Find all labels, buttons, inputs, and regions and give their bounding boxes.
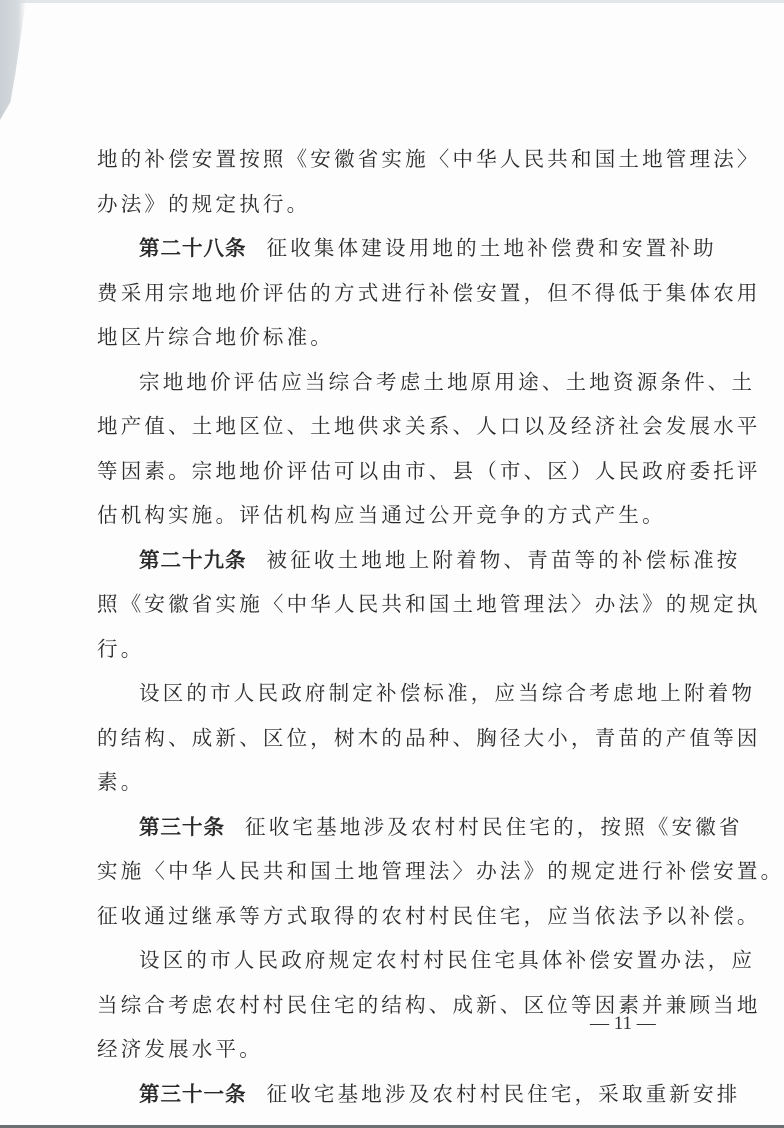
article-number: 第二十九条 [139,548,247,572]
article-number: 第二十八条 [139,236,247,260]
text-line: 宗地地价评估应当综合考虑土地原用途、土地资源条件、土 [97,360,693,405]
document-body: 地的补偿安置按照《安徽省实施〈中华人民共和国土地管理法〉 办法》的规定执行。 第… [97,137,693,1116]
text-line: 地区片综合地价标准。 [97,315,693,360]
text-line: 实施〈中华人民共和国土地管理法〉办法》的规定进行补偿安置。 [97,849,693,894]
line-text: 经济发展水平。 [97,1037,263,1061]
text-line: 素。 [97,760,693,805]
line-text: 的结构、成新、区位，树木的品种、胸径大小，青苗的产值等因 [97,726,761,750]
line-text: 被征收土地地上附着物、青苗等的补偿标准按 [267,548,741,572]
line-text: 宗地地价评估应当综合考虑土地原用途、土地资源条件、土 [139,370,755,394]
line-text: 行。 [97,637,144,661]
line-text: 地产值、土地区位、土地供求关系、人口以及经济社会发展水平 [97,414,761,438]
line-text: 地的补偿安置按照《安徽省实施〈中华人民共和国土地管理法〉 [97,147,761,171]
line-text: 征收通过继承等方式取得的农村村民住宅，应当依法予以补偿。 [97,904,761,928]
line-text: 征收集体建设用地的土地补偿费和安置补助 [267,236,717,260]
line-text: 设区的市人民政府制定补偿标准，应当综合考虑地上附着物 [139,681,755,705]
article-number: 第三十一条 [139,1082,247,1106]
page-number: — 11 — [590,1013,656,1035]
text-line: 行。 [97,627,693,672]
line-text: 估机构实施。评估机构应当通过公开竞争的方式产生。 [97,503,666,527]
text-line: 地的补偿安置按照《安徽省实施〈中华人民共和国土地管理法〉 [97,137,693,182]
article-heading-line: 第二十八条征收集体建设用地的土地补偿费和安置补助 [97,226,693,271]
line-text: 设区的市人民政府规定农村村民住宅具体补偿安置办法，应 [139,948,755,972]
text-line: 费采用宗地地价评估的方式进行补偿安置，但不得低于集体农用 [97,271,693,316]
article-heading-line: 第三十一条征收宅基地涉及农村村民住宅，采取重新安排 [97,1072,693,1117]
article-number: 第三十条 [139,815,225,839]
scan-top-edge [0,0,784,3]
article-heading-line: 第二十九条被征收土地地上附着物、青苗等的补偿标准按 [97,538,693,583]
text-line: 设区的市人民政府制定补偿标准，应当综合考虑地上附着物 [97,671,693,716]
line-text: 费采用宗地地价评估的方式进行补偿安置，但不得低于集体农用 [97,281,761,305]
article-heading-line: 第三十条征收宅基地涉及农村村民住宅的，按照《安徽省 [97,805,693,850]
line-text: 等因素。宗地地价评估可以由市、县（市、区）人民政府委托评 [97,459,761,483]
text-line: 估机构实施。评估机构应当通过公开竞争的方式产生。 [97,493,693,538]
text-line: 设区的市人民政府规定农村村民住宅具体补偿安置办法，应 [97,938,693,983]
scan-shadow [0,0,26,120]
line-text: 照《安徽省实施〈中华人民共和国土地管理法〉办法》的规定执 [97,592,761,616]
line-text: 实施〈中华人民共和国土地管理法〉办法》的规定进行补偿安置。 [97,859,784,883]
text-line: 征收通过继承等方式取得的农村村民住宅，应当依法予以补偿。 [97,894,693,939]
line-text: 素。 [97,770,144,794]
line-text: 征收宅基地涉及农村村民住宅的，按照《安徽省 [245,815,743,839]
text-line: 办法》的规定执行。 [97,182,693,227]
line-text: 当综合考虑农村村民住宅的结构、成新、区位等因素并兼顾当地 [97,993,761,1017]
line-text: 地区片综合地价标准。 [97,325,334,349]
text-line: 地产值、土地区位、土地供求关系、人口以及经济社会发展水平 [97,404,693,449]
line-text: 征收宅基地涉及农村村民住宅，采取重新安排 [267,1082,741,1106]
text-line: 照《安徽省实施〈中华人民共和国土地管理法〉办法》的规定执 [97,582,693,627]
text-line: 的结构、成新、区位，树木的品种、胸径大小，青苗的产值等因 [97,716,693,761]
line-text: 办法》的规定执行。 [97,192,310,216]
text-line: 等因素。宗地地价评估可以由市、县（市、区）人民政府委托评 [97,449,693,494]
